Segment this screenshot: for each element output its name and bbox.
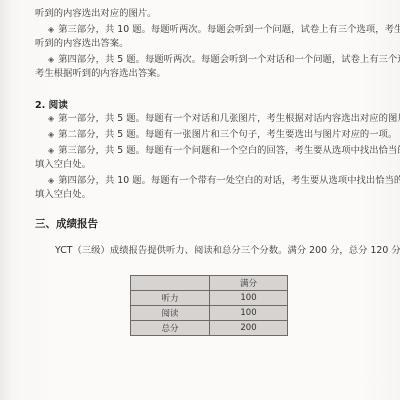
diamond-bullet-icon: ◈ bbox=[48, 176, 54, 185]
table-row: 听力 100 bbox=[131, 291, 288, 306]
table-header-cell bbox=[131, 276, 210, 291]
listening-part3-line1: ◈第三部分，共 10 题。每题听两次。每题会听到一个问题，试卷上有三个选项，考生… bbox=[48, 24, 388, 36]
listening-part4-line1: ◈第四部分，共 5 题。每题听两次。每题会听到一个对话和一个问题，试卷上有三个选… bbox=[48, 54, 388, 66]
reading-part4-line2: 填入空白处。 bbox=[35, 189, 388, 201]
table-row: 阅读 100 bbox=[131, 306, 288, 321]
score-table: 满分 听力 100 阅读 100 总分 200 bbox=[130, 275, 288, 336]
table-header-cell: 满分 bbox=[210, 276, 288, 291]
table-cell: 100 bbox=[210, 291, 288, 306]
diamond-bullet-icon: ◈ bbox=[48, 146, 54, 155]
table-cell: 100 bbox=[210, 306, 288, 321]
score-report-summary: YCT（三级）成绩报告提供听力、阅读和总分三个分数。满分 200 分，总分 12… bbox=[55, 245, 388, 257]
diamond-bullet-icon: ◈ bbox=[48, 114, 54, 123]
listening-part2-tail: 听到的内容选出对应的图片。 bbox=[35, 8, 388, 20]
table-cell: 听力 bbox=[131, 291, 210, 306]
reading-part1: ◈第一部分，共 5 题。每题有一个对话和几张图片，考生根据对话内容选出对应的图片… bbox=[48, 113, 388, 125]
table-cell: 200 bbox=[210, 321, 288, 336]
table-cell: 阅读 bbox=[131, 306, 210, 321]
listening-part4-line2: 考生根据听到的内容选出答案。 bbox=[35, 68, 388, 80]
reading-heading: 2. 阅读 bbox=[35, 97, 68, 111]
document-page: 听到的内容选出对应的图片。 ◈第三部分，共 10 题。每题听两次。每题会听到一个… bbox=[0, 0, 400, 400]
listening-part3-line2: 听到的内容选出答案。 bbox=[35, 38, 388, 50]
score-report-heading: 三、成绩报告 bbox=[35, 216, 98, 231]
reading-part3-line1: ◈第三部分，共 5 题。每题有一个问题和一个空白的回答，考生要从选项中找出恰当的… bbox=[48, 145, 388, 157]
table-header-row: 满分 bbox=[131, 276, 288, 291]
reading-part4-line1: ◈第四部分，共 10 题。每题有一个带有一处空白的对话，考生要从选项中找出恰当的… bbox=[48, 175, 388, 187]
diamond-bullet-icon: ◈ bbox=[48, 25, 54, 34]
diamond-bullet-icon: ◈ bbox=[48, 130, 54, 139]
reading-part3-line2: 填入空白处。 bbox=[35, 159, 388, 171]
diamond-bullet-icon: ◈ bbox=[48, 55, 54, 64]
table-row: 总分 200 bbox=[131, 321, 288, 336]
table-cell: 总分 bbox=[131, 321, 210, 336]
reading-part2: ◈第二部分，共 5 题。每题有一张图片和三个句子，考生要选出与图片对应的一项。 bbox=[48, 129, 388, 141]
